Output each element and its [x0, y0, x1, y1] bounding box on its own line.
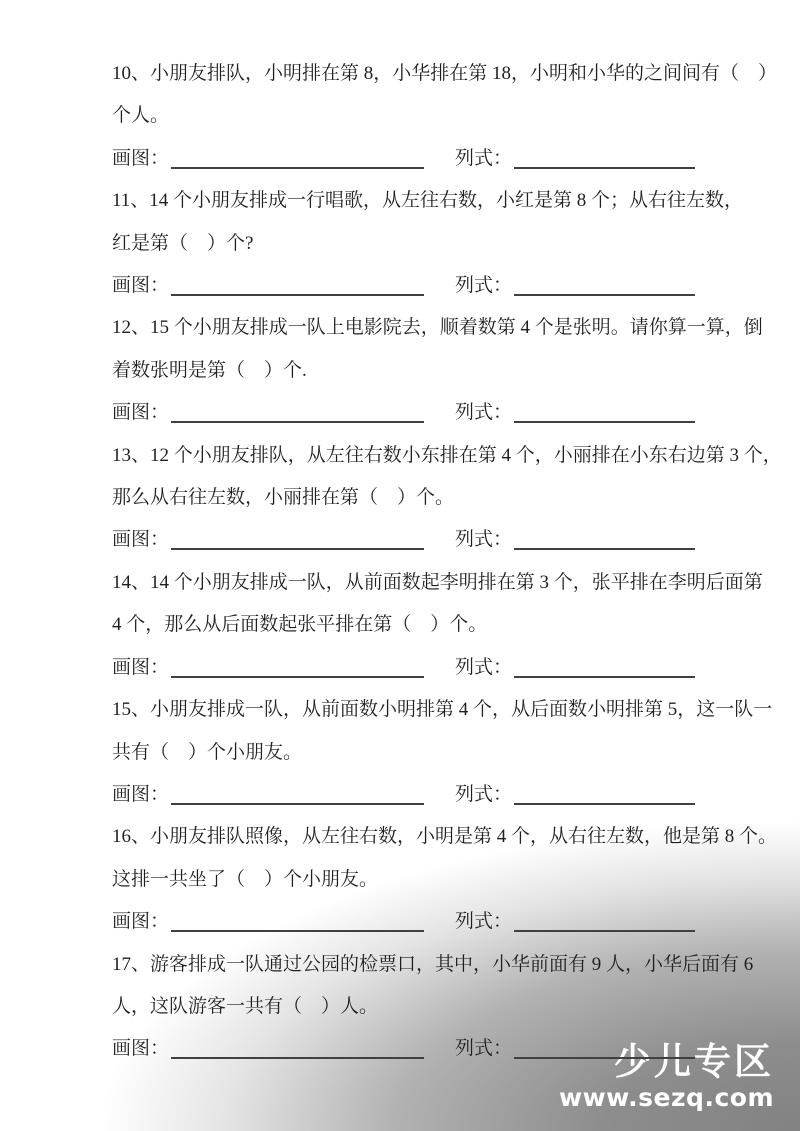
- formula-blank-line: [514, 166, 695, 169]
- problem-text-line: 11、14 个小朋友排成一行唱歌，从左往右数，小红是第 8 个；从右往左数，: [112, 180, 800, 222]
- formula-label: 列式：: [455, 148, 512, 169]
- draw-label: 画图：: [112, 657, 169, 678]
- problem-17: 17、游客排成一队通过公园的检票口，其中，小华前面有 9 人，小华后面有 6 人…: [112, 944, 800, 1071]
- answer-row: 画图：列式：: [112, 392, 800, 434]
- answer-row: 画图：列式：: [112, 265, 800, 307]
- draw-label: 画图：: [112, 275, 169, 296]
- draw-blank-line: [171, 802, 424, 805]
- draw-label: 画图：: [112, 911, 169, 932]
- draw-label: 画图：: [112, 529, 169, 550]
- problem-text-line: 着数张明是第（ ）个.: [112, 350, 800, 392]
- formula-blank-line: [514, 1056, 695, 1059]
- problem-text-line: 12、15 个小朋友排成一队上电影院去，顺着数第 4 个是张明。请你算一算，倒: [112, 307, 800, 349]
- draw-label: 画图：: [112, 1038, 169, 1059]
- formula-blank-line: [514, 802, 695, 805]
- draw-blank-line: [171, 166, 424, 169]
- answer-row: 画图：列式：: [112, 138, 800, 180]
- problem-10: 10、小朋友排队，小明排在第 8，小华排在第 18，小明和小华的之间间有（ ） …: [112, 53, 800, 180]
- draw-blank-line: [171, 547, 424, 550]
- draw-label: 画图：: [112, 402, 169, 423]
- problem-15: 15、小朋友排成一队，从前面数小明排第 4 个，从后面数小明排第 5，这一队一 …: [112, 689, 800, 816]
- formula-label: 列式：: [455, 1038, 512, 1059]
- draw-blank-line: [171, 1056, 424, 1059]
- problem-text-line: 16、小朋友排队照像，从左往右数，小明是第 4 个，从右往左数，他是第 8 个。: [112, 816, 800, 858]
- formula-label: 列式：: [455, 784, 512, 805]
- draw-label: 画图：: [112, 148, 169, 169]
- problem-text-line: 红是第（ ）个?: [112, 223, 800, 265]
- formula-label: 列式：: [455, 911, 512, 932]
- answer-row: 画图：列式：: [112, 647, 800, 689]
- formula-blank-line: [514, 675, 695, 678]
- formula-blank-line: [514, 929, 695, 932]
- formula-blank-line: [514, 293, 695, 296]
- problem-text-line: 个人。: [112, 95, 800, 137]
- draw-label: 画图：: [112, 784, 169, 805]
- problem-text-line: 人，这队游客一共有（ ）人。: [112, 986, 800, 1028]
- draw-blank-line: [171, 929, 424, 932]
- problem-text-line: 那么从右往左数，小丽排在第（ ）个。: [112, 477, 800, 519]
- formula-blank-line: [514, 420, 695, 423]
- problem-11: 11、14 个小朋友排成一行唱歌，从左往右数，小红是第 8 个；从右往左数， 红…: [112, 180, 800, 307]
- answer-row: 画图：列式：: [112, 774, 800, 816]
- worksheet-page: 10、小朋友排队，小明排在第 8，小华排在第 18，小明和小华的之间间有（ ） …: [112, 53, 800, 1071]
- formula-label: 列式：: [455, 657, 512, 678]
- problem-text-line: 这排一共坐了（ ）个小朋友。: [112, 859, 800, 901]
- problem-text-line: 13、12 个小朋友排队，从左往右数小东排在第 4 个，小丽排在小东右边第 3 …: [112, 435, 800, 477]
- problem-text-line: 14、14 个小朋友排成一队，从前面数起李明排在第 3 个，张平排在李明后面第: [112, 562, 800, 604]
- draw-blank-line: [171, 420, 424, 423]
- problem-16: 16、小朋友排队照像，从左往右数，小明是第 4 个，从右往左数，他是第 8 个。…: [112, 816, 800, 943]
- draw-blank-line: [171, 293, 424, 296]
- formula-blank-line: [514, 547, 695, 550]
- answer-row: 画图：列式：: [112, 1028, 800, 1070]
- formula-label: 列式：: [455, 275, 512, 296]
- formula-label: 列式：: [455, 529, 512, 550]
- problem-12: 12、15 个小朋友排成一队上电影院去，顺着数第 4 个是张明。请你算一算，倒 …: [112, 307, 800, 434]
- problem-text-line: 17、游客排成一队通过公园的检票口，其中，小华前面有 9 人，小华后面有 6: [112, 944, 800, 986]
- watermark-url: www.sezq.com: [559, 1085, 774, 1110]
- answer-row: 画图：列式：: [112, 901, 800, 943]
- answer-row: 画图：列式：: [112, 519, 800, 561]
- problem-13: 13、12 个小朋友排队，从左往右数小东排在第 4 个，小丽排在小东右边第 3 …: [112, 435, 800, 562]
- problem-text-line: 4 个，那么从后面数起张平排在第（ ）个。: [112, 604, 800, 646]
- problem-14: 14、14 个小朋友排成一队，从前面数起李明排在第 3 个，张平排在李明后面第 …: [112, 562, 800, 689]
- problem-text-line: 15、小朋友排成一队，从前面数小明排第 4 个，从后面数小明排第 5，这一队一: [112, 689, 800, 731]
- draw-blank-line: [171, 675, 424, 678]
- formula-label: 列式：: [455, 402, 512, 423]
- problem-text-line: 共有（ ）个小朋友。: [112, 732, 800, 774]
- problem-text-line: 10、小朋友排队，小明排在第 8，小华排在第 18，小明和小华的之间间有（ ）: [112, 53, 800, 95]
